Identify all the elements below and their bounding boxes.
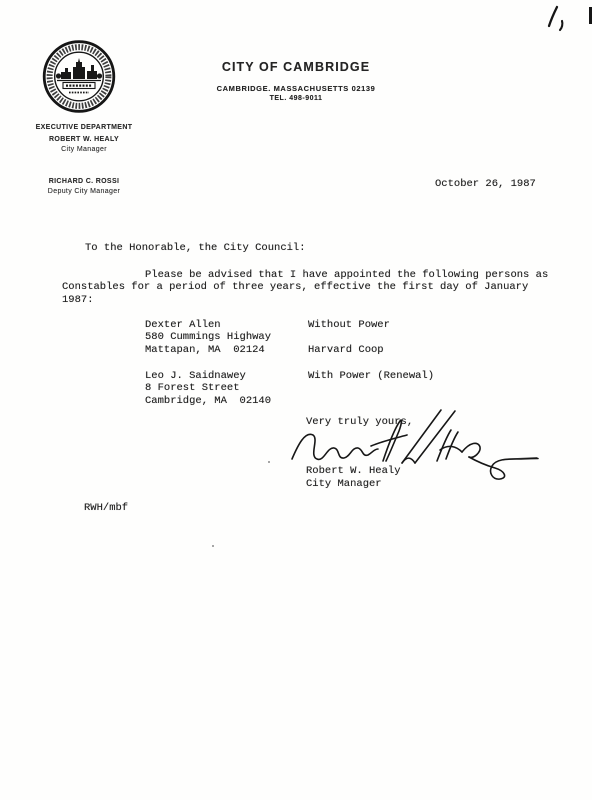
- handwritten-page-number: [538, 4, 572, 34]
- scan-speck: [268, 461, 270, 463]
- signature-scrawl: [283, 403, 545, 495]
- letterhead-city-title: CITY OF CAMBRIDGE: [146, 60, 446, 74]
- letter-salutation: To the Honorable, the City Council:: [85, 242, 306, 254]
- scan-speck: [246, 272, 249, 274]
- appointee-name: Leo J. Saidnawey: [145, 370, 246, 382]
- letter-date: October 26, 1987: [435, 178, 536, 190]
- appointee-note: Harvard Coop: [308, 344, 384, 356]
- letterhead-deputy-title: Deputy City Manager: [6, 188, 162, 195]
- body-line: Please be advised that I have appointed …: [145, 269, 548, 281]
- power-status: With Power (Renewal): [308, 370, 434, 382]
- appointee-address: Mattapan, MA 02124: [145, 344, 265, 356]
- scan-speck: [212, 545, 214, 547]
- letterhead-manager-title: City Manager: [6, 146, 162, 153]
- appointee-address: 580 Cummings Highway: [145, 331, 271, 343]
- appointee-name: Dexter Allen: [145, 319, 221, 331]
- letterhead-phone: TEL. 498-9011: [146, 95, 446, 102]
- city-of-cambridge-seal-icon: [41, 37, 117, 116]
- letterhead-deputy-name: RICHARD C. ROSSI: [6, 178, 162, 185]
- power-status: Without Power: [308, 319, 390, 331]
- scanned-letter-page: CITY OF CAMBRIDGE CAMBRIDGE. MASSACHUSET…: [0, 0, 592, 800]
- appointee-address: Cambridge, MA 02140: [145, 395, 271, 407]
- letterhead-address: CAMBRIDGE. MASSACHUSETTS 02139: [146, 84, 446, 93]
- body-line: Constables for a period of three years, …: [62, 281, 528, 293]
- letterhead-manager-name: ROBERT W. HEALY: [6, 136, 162, 143]
- appointee-address: 8 Forest Street: [145, 382, 240, 394]
- reference-initials: RWH/mbf: [84, 502, 128, 514]
- letterhead-department: EXECUTIVE DEPARTMENT: [6, 124, 162, 131]
- body-line: 1987:: [62, 294, 94, 306]
